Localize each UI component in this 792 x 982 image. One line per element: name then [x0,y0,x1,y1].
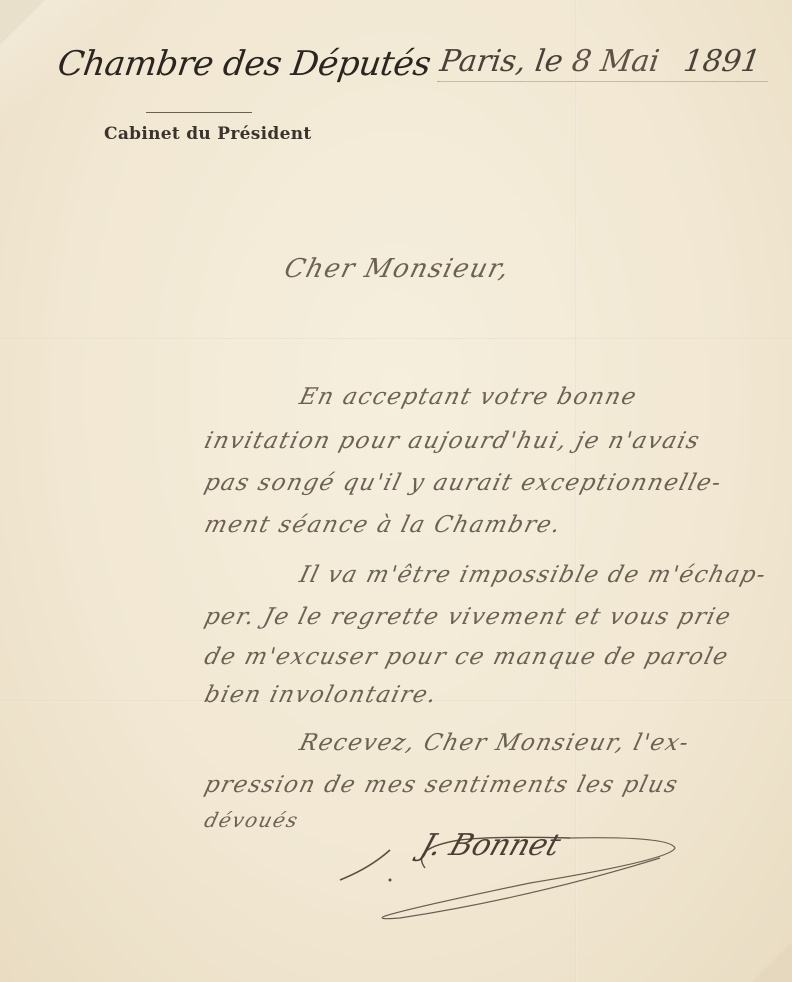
signature-name: J. Bonnet [416,828,565,863]
closing-word: dévoués [202,808,301,832]
dateline-year: 1891 [681,44,762,79]
body-line: pas songé qu'il y aurait exceptionnelle- [202,470,725,496]
body-line: Il va m'être impossible de m'échap- [297,562,770,588]
salutation: Cher Monsieur, [281,254,513,284]
dateline-day: 8 [570,44,594,79]
dateline-month: Mai [598,44,661,79]
paper-corner-bottom-right [752,942,792,982]
dateline: Paris, le 8 Mai 1891 [437,44,772,82]
signature: J. Bonnet [330,828,690,928]
body-line: per. Je le regrette vivement et vous pri… [202,604,735,630]
paper-fold-line [0,338,792,340]
letterhead-office: Cabinet du Président [104,124,312,144]
body-line: ment séance à la Chambre. [202,512,564,538]
body-line: bien involontaire. [202,682,441,708]
body-line: Recevez, Cher Monsieur, l'ex- [297,730,693,756]
body-line: de m'excuser pour ce manque de parole [202,644,732,670]
letterhead-institution: Chambre des Députés [55,44,433,84]
body-line: pression de mes sentiments les plus [202,772,682,798]
paper-corner-top-left [0,0,45,45]
dateline-place: Paris, le [438,44,565,79]
letterhead-divider [146,112,252,113]
body-line: En acceptant votre bonne [297,384,640,410]
letter-page: Chambre des Députés Cabinet du Président… [0,0,792,982]
body-line: invitation pour aujourd'hui, je n'avais [202,428,703,454]
